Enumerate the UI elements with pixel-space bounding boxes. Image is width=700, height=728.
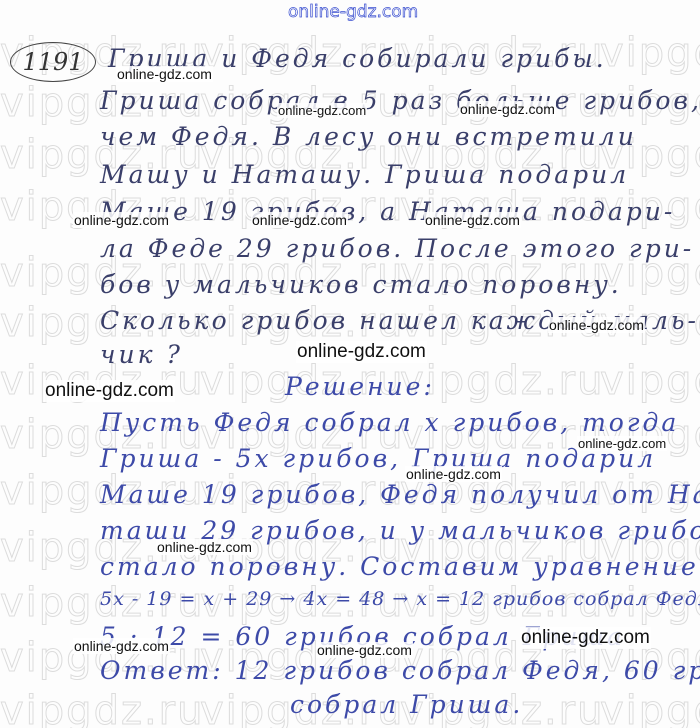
solution-heading: Решение: bbox=[285, 372, 435, 401]
answer-line: собрал Гриша. bbox=[290, 690, 523, 719]
site-watermark: online-gdz.com bbox=[73, 638, 170, 654]
background-watermark: vipgdz.ru bbox=[600, 30, 700, 76]
site-watermark: online-gdz.com bbox=[520, 627, 651, 649]
header-watermark: online-gdz.com bbox=[288, 2, 418, 22]
background-watermark: vipgdz.ru bbox=[600, 688, 700, 728]
solution-line: Маше 19 грибов, Федя получил от На- bbox=[100, 480, 700, 509]
site-watermark: online-gdz.com bbox=[548, 317, 645, 333]
site-watermark: online-gdz.com bbox=[577, 436, 667, 451]
problem-line: Машу и Наташу. Гриша подарил bbox=[100, 160, 629, 189]
problem-line: бов у мальчиков стало поровну. bbox=[100, 270, 622, 299]
problem-line: Гриша собрал в 5 раз больше грибов, bbox=[100, 86, 700, 115]
answer-line: Ответ: 12 грибов собрал Федя, 60 грибов bbox=[100, 656, 700, 685]
site-watermark: online-gdz.com bbox=[424, 212, 521, 228]
problem-line: Маше 19 грибов, а Наташа подари- bbox=[100, 197, 675, 226]
site-watermark: online-gdz.com bbox=[405, 466, 502, 482]
site-watermark: online-gdz.com bbox=[296, 341, 427, 363]
site-watermark: online-gdz.com bbox=[44, 380, 175, 402]
solution-line: Гриша - 5x грибов, Гриша подарил bbox=[100, 444, 656, 473]
problem-line: ла Феде 29 грибов. После этого гри- bbox=[100, 234, 694, 263]
site-watermark: online-gdz.com bbox=[116, 66, 213, 82]
background-watermark: vipgdz.ru bbox=[0, 688, 200, 728]
solution-line: стало поровну. Составим уравнение: bbox=[100, 552, 700, 581]
site-watermark: online-gdz.com bbox=[156, 539, 253, 555]
problem-line: чик ? bbox=[100, 340, 183, 369]
site-watermark: online-gdz.com bbox=[316, 642, 413, 658]
homework-page: vipgdz.ruvipgdz.ruvipgdz.ruvipgdz.ru vip… bbox=[0, 0, 700, 728]
site-watermark: online-gdz.com bbox=[277, 103, 367, 118]
solution-equation: 5x - 19 = x + 29 → 4x = 48 → x = 12 гриб… bbox=[100, 588, 700, 610]
problem-line: чем Федя. В лесу они встретили bbox=[100, 122, 637, 151]
solution-line: Пусть Федя собрал x грибов, тогда bbox=[100, 408, 679, 437]
site-watermark: online-gdz.com bbox=[251, 212, 348, 228]
site-watermark: online-gdz.com bbox=[73, 212, 170, 228]
site-watermark: online-gdz.com bbox=[459, 101, 556, 117]
background-watermark: vipgdz.ru bbox=[600, 358, 700, 404]
problem-number: 1191 bbox=[10, 42, 96, 82]
